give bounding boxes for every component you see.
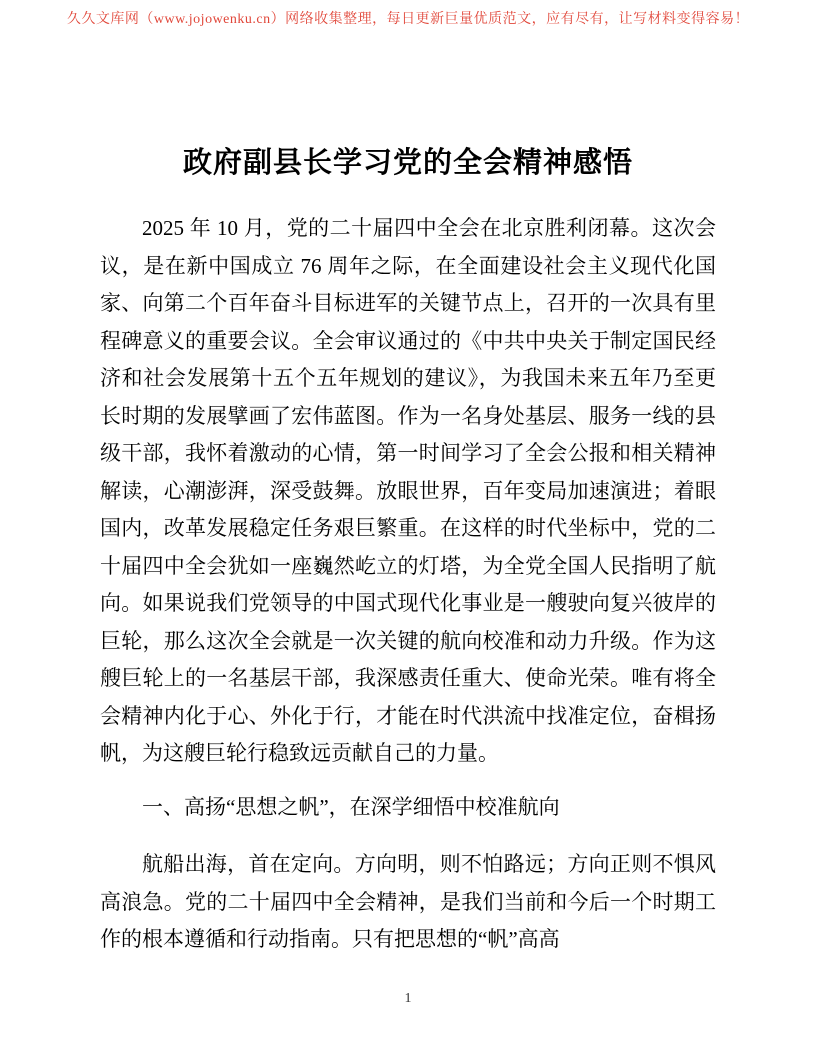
body-paragraph-2: 航船出海，首在定向。方向明，则不怕路远；方向正则不惧风高浪急。党的二十届四中全会… [100,846,716,959]
body-paragraph-1: 2025 年 10 月，党的二十届四中全会在北京胜利闭幕。这次会议，是在新中国成… [100,210,716,773]
document-content: 政府副县长学习党的全会精神感悟 2025 年 10 月，党的二十届四中全会在北京… [100,136,716,959]
page-number: 1 [0,990,816,1008]
section-heading-1: 一、高扬“思想之帆”，在深学细悟中校准航向 [100,789,716,827]
document-page: 久久文库网（www.jojowenku.cn）网络收集整理，每日更新巨量优质范文… [0,0,816,1056]
site-watermark-header: 久久文库网（www.jojowenku.cn）网络收集整理，每日更新巨量优质范文… [0,10,816,30]
document-title: 政府副县长学习党的全会精神感悟 [100,136,716,190]
